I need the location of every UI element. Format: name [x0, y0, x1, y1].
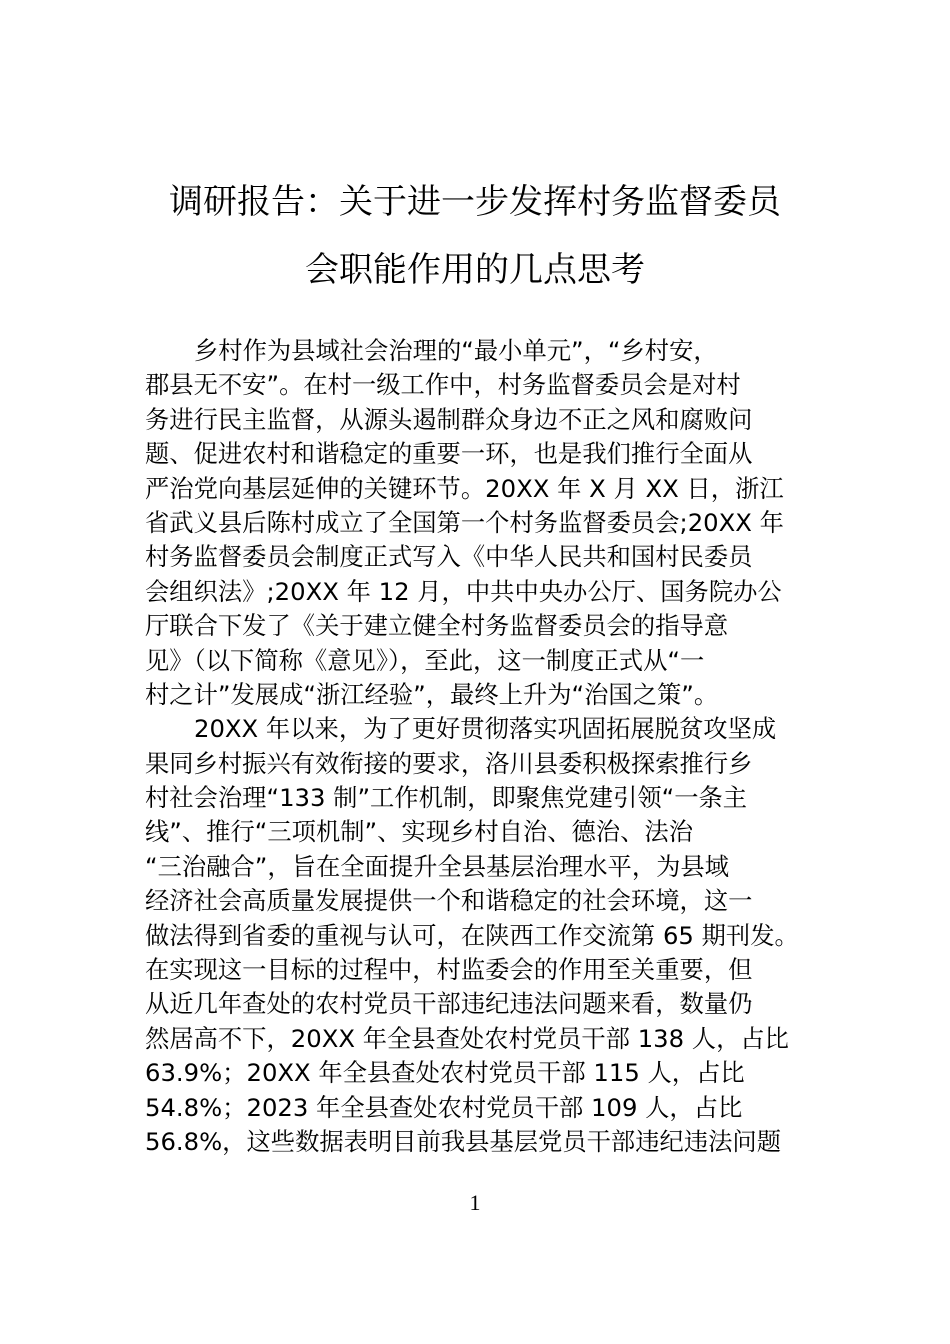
paragraph-1-line: 厅联合下发了《关于建立健全村务监督委员会的指导意 — [145, 609, 810, 643]
paragraph-1-line: 见》（以下简称《意见》），至此，这一制度正式从“一 — [145, 644, 810, 678]
document-title: 调研报告：关于进一步发挥村务监督委员 会职能作用的几点思考 — [140, 168, 810, 304]
document-body: 乡村作为县域社会治理的“最小单元”，“乡村安， 郡县无不安”。在村一级工作中，村… — [145, 334, 810, 1159]
paragraph-2-line: 54.8%；2023 年全县查处农村党员干部 109 人，占比 — [145, 1091, 810, 1125]
paragraph-1-line: 村之计”发展成“浙江经验”，最终上升为“治国之策”。 — [145, 678, 810, 712]
paragraph-1-line: 题、促进农村和谐稳定的重要一环，也是我们推行全面从 — [145, 437, 810, 471]
paragraph-2-line: 从近几年查处的农村党员干部违纪违法问题来看，数量仍 — [145, 987, 810, 1021]
title-line-2: 会职能作用的几点思考 — [140, 236, 810, 304]
paragraph-2-line: 做法得到省委的重视与认可，在陕西工作交流第 65 期刊发。 — [145, 919, 810, 953]
paragraph-2-line: 56.8%，这些数据表明目前我县基层党员干部违纪违法问题 — [145, 1125, 810, 1159]
paragraph-2-line: 果同乡村振兴有效衔接的要求，洛川县委积极探索推行乡 — [145, 747, 810, 781]
paragraph-1-line: 郡县无不安”。在村一级工作中，村务监督委员会是对村 — [145, 368, 810, 402]
paragraph-2-line: 经济社会高质量发展提供一个和谐稳定的社会环境，这一 — [145, 884, 810, 918]
paragraph-2-line: 村社会治理“133 制”工作机制，即聚焦党建引领“一条主 — [145, 781, 810, 815]
paragraph-1-line: 村务监督委员会制度正式写入《中华人民共和国村民委员 — [145, 540, 810, 574]
paragraph-1-line: 乡村作为县域社会治理的“最小单元”，“乡村安， — [145, 334, 810, 368]
paragraph-2-line: 63.9%；20XX 年全县查处农村党员干部 115 人，占比 — [145, 1056, 810, 1090]
paragraph-2-line: 线”、推行“三项机制”、实现乡村自治、德治、法治 — [145, 815, 810, 849]
page-number: 1 — [0, 1188, 950, 1218]
paragraph-2-line: 20XX 年以来，为了更好贯彻落实巩固拓展脱贫攻坚成 — [145, 712, 810, 746]
paragraph-2-line: 在实现这一目标的过程中，村监委会的作用至关重要，但 — [145, 953, 810, 987]
paragraph-1-line: 务进行民主监督，从源头遏制群众身边不正之风和腐败问 — [145, 403, 810, 437]
paragraph-1-line: 严治党向基层延伸的关键环节。20XX 年 X 月 XX 日，浙江 — [145, 472, 810, 506]
paragraph-2-line: “三治融合”，旨在全面提升全县基层治理水平，为县域 — [145, 850, 810, 884]
title-line-1: 调研报告：关于进一步发挥村务监督委员 — [140, 168, 810, 236]
paragraph-1-line: 会组织法》;20XX 年 12 月，中共中央办公厅、国务院办公 — [145, 575, 810, 609]
paragraph-1-line: 省武义县后陈村成立了全国第一个村务监督委员会;20XX 年 — [145, 506, 810, 540]
paragraph-2-line: 然居高不下，20XX 年全县查处农村党员干部 138 人，占比 — [145, 1022, 810, 1056]
document-page: 调研报告：关于进一步发挥村务监督委员 会职能作用的几点思考 乡村作为县域社会治理… — [0, 0, 950, 1344]
